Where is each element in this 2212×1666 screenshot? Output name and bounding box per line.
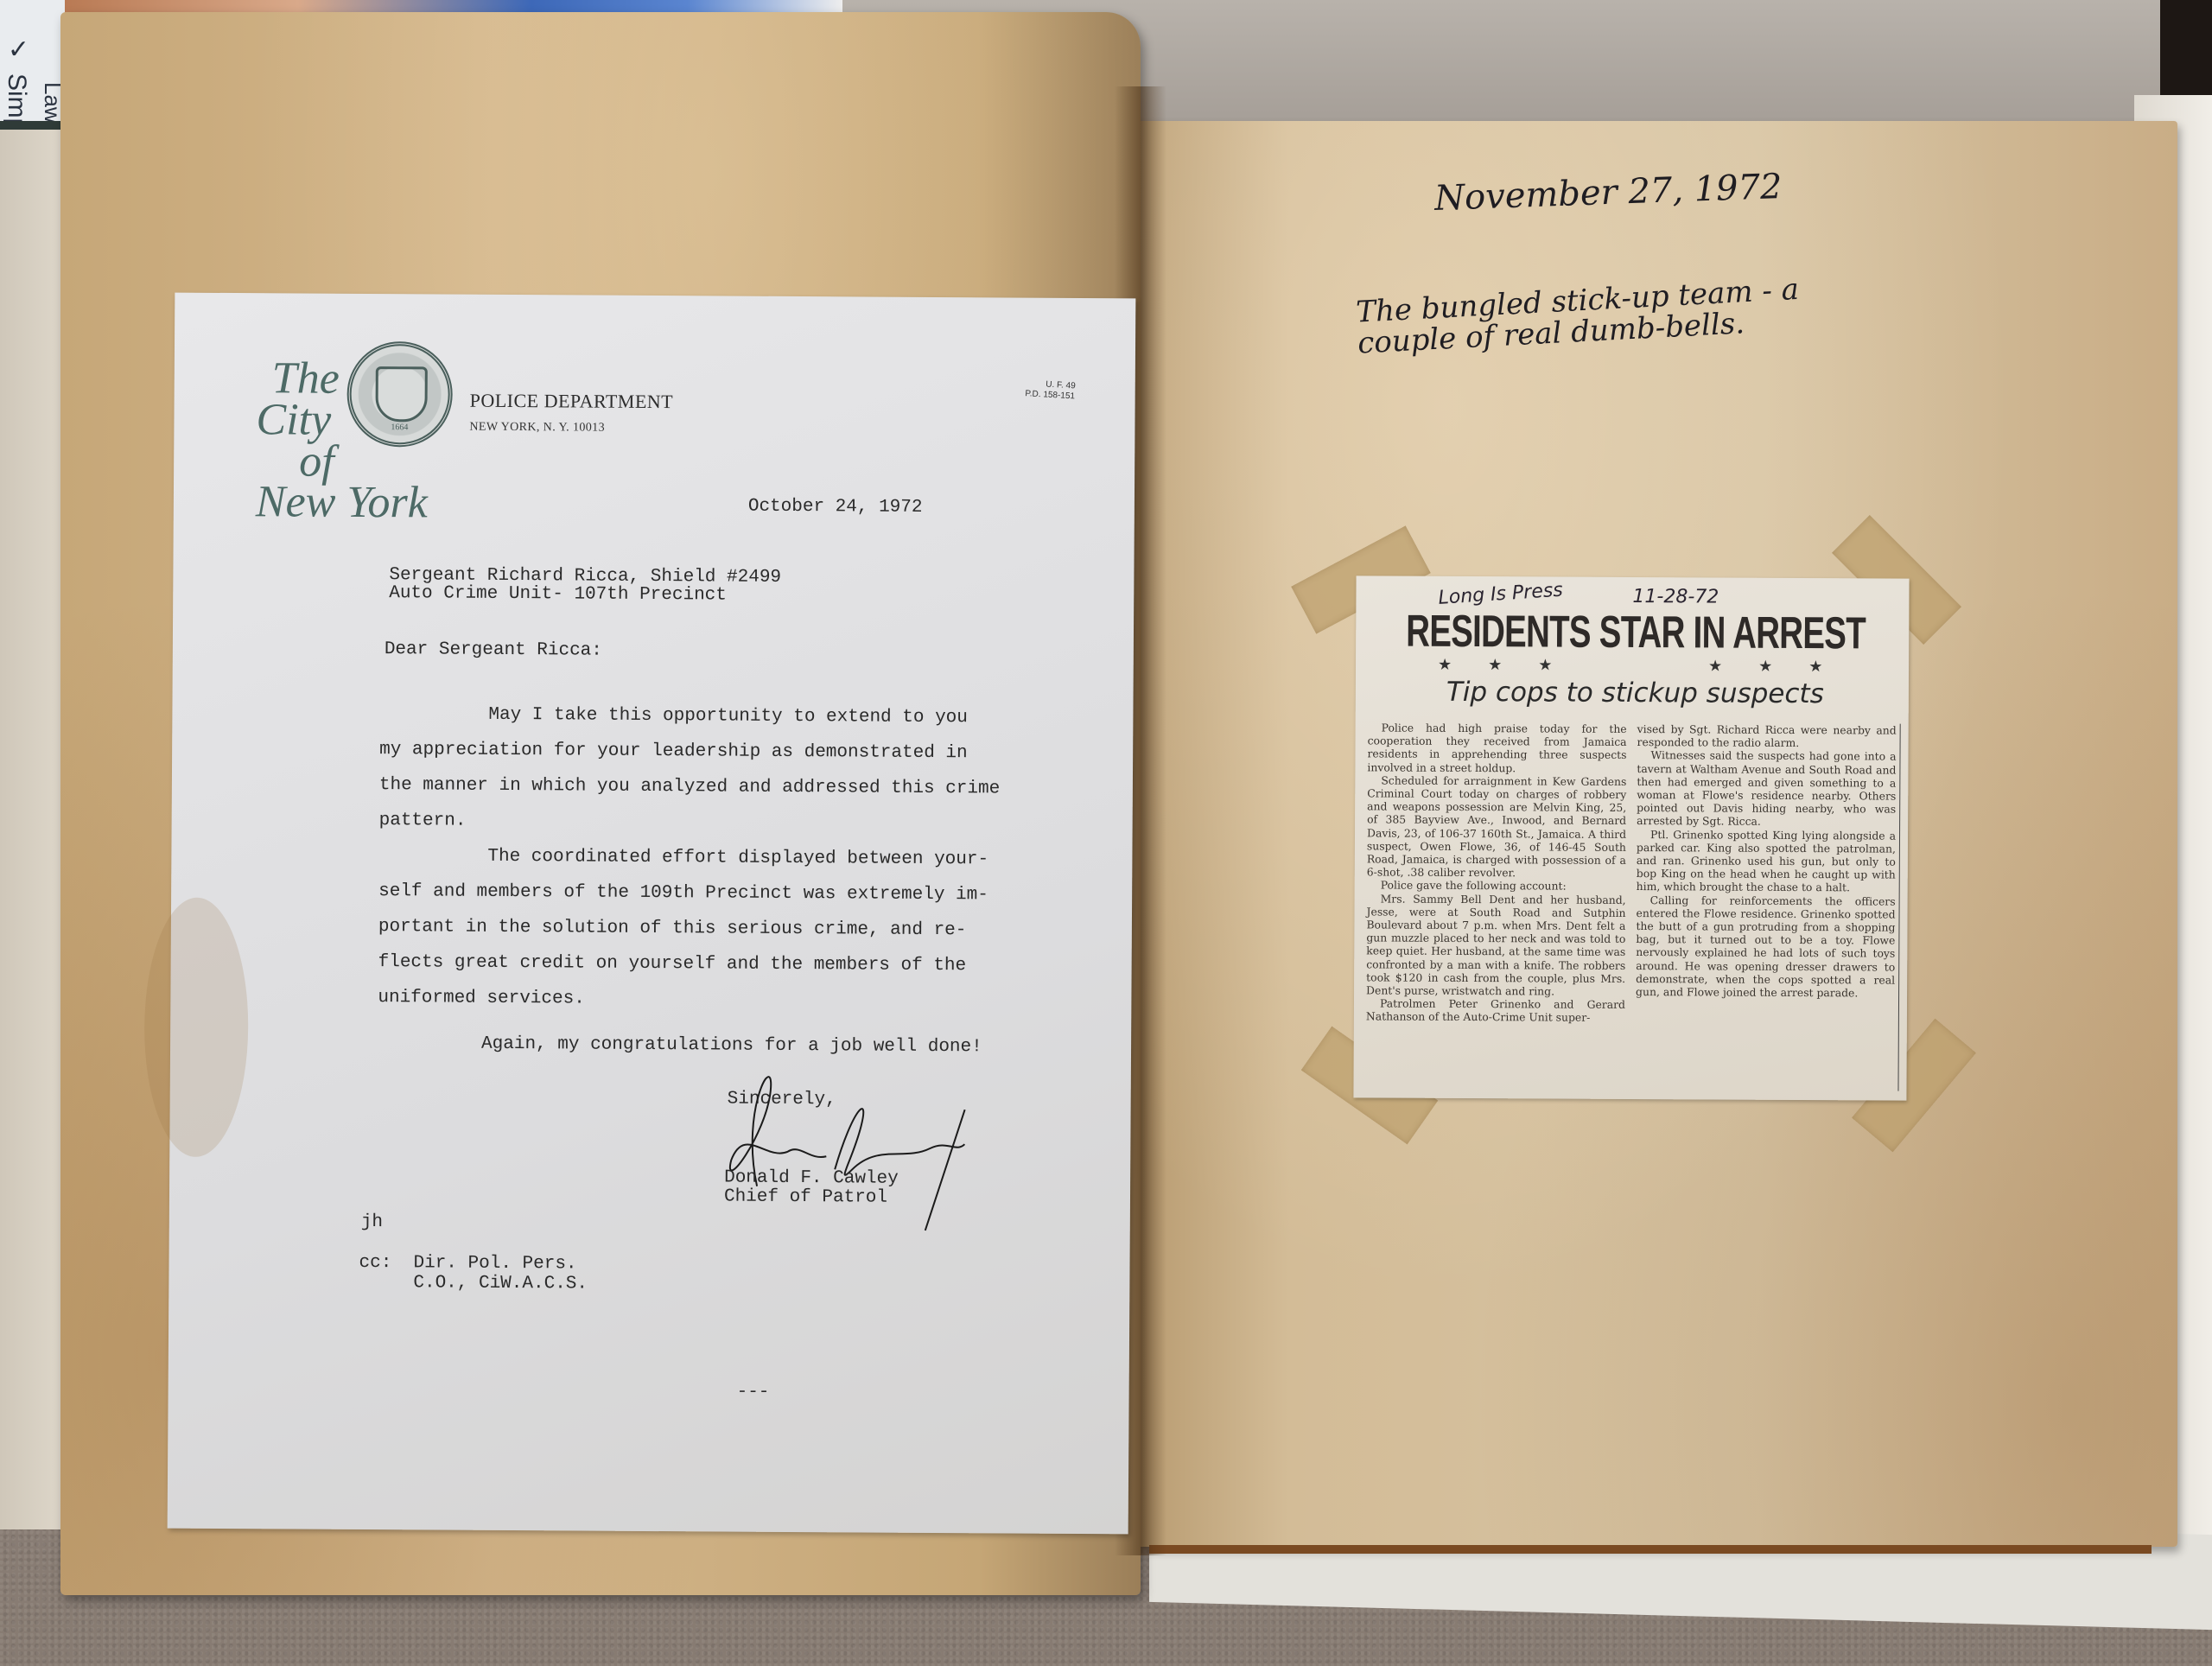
magazine: ✓ Simp Law bbox=[0, 0, 65, 130]
article-paragraph: Ptl. Grinenko spotted King lying alongsi… bbox=[1637, 828, 1896, 895]
article-paragraph: Police had high praise today for the coo… bbox=[1367, 721, 1626, 774]
typist-initials: jh bbox=[361, 1212, 383, 1232]
cloth bbox=[0, 130, 60, 1529]
article-paragraph: Witnesses said the suspects had gone int… bbox=[1637, 748, 1896, 829]
letter-paragraph-2: The coordinated effort displayed between… bbox=[378, 838, 1035, 1020]
letter-date: October 24, 1972 bbox=[748, 497, 923, 518]
article-column-left: Police had high praise today for the coo… bbox=[1366, 721, 1627, 1024]
form-number-line: P.D. 158-151 bbox=[1025, 389, 1075, 402]
clipping-headline: RESIDENTS STAR IN ARREST bbox=[1406, 606, 1866, 660]
article-column-right: vised by Sgt. Richard Ricca were nearby … bbox=[1635, 722, 1900, 1091]
signer-name: Donald F. Cawley bbox=[724, 1169, 899, 1189]
seal-shield bbox=[375, 366, 427, 422]
salutation: Dear Sergeant Ricca: bbox=[385, 639, 602, 661]
newspaper-clipping: Long Is Press 11-28-72 RESIDENTS STAR IN… bbox=[1353, 575, 1909, 1100]
star-divider-icon: ★★★ bbox=[1708, 657, 1859, 676]
article-paragraph: vised by Sgt. Richard Ricca were nearby … bbox=[1637, 722, 1897, 750]
signer-title: Chief of Patrol bbox=[724, 1188, 899, 1208]
department-name: POLICE DEPARTMENT bbox=[470, 390, 674, 413]
closing-line: Again, my congratulations for a job well… bbox=[481, 1034, 982, 1058]
logo-line-new-york: New York bbox=[256, 482, 428, 525]
nyc-seal-icon: 1664 bbox=[346, 341, 453, 448]
star-divider-icon: ★★★ bbox=[1438, 656, 1589, 675]
recipient-address: Sergeant Richard Ricca, Shield #2499 Aut… bbox=[389, 566, 781, 605]
signature-icon bbox=[705, 1056, 982, 1239]
magazine-icon: ✓ bbox=[3, 35, 34, 65]
police-letter: The City of New York 1664 POLICE DEPARTM… bbox=[168, 293, 1136, 1535]
article-paragraph: Calling for reinforcements the officers … bbox=[1636, 893, 1896, 1000]
water-stain bbox=[143, 897, 249, 1157]
album-page-edge bbox=[1149, 1545, 2152, 1554]
cc-list: cc: Dir. Pol. Pers. C.O., CiW.A.C.S. bbox=[359, 1253, 588, 1294]
clipping-date: 11-28-72 bbox=[1632, 586, 1719, 608]
article-paragraph: Police gave the following account: bbox=[1367, 879, 1626, 893]
clipping-source: Long Is Press bbox=[1438, 580, 1564, 609]
article-paragraph: Mrs. Sammy Bell Dent and her husband, Je… bbox=[1366, 892, 1626, 998]
department-address: NEW YORK, N. Y. 10013 bbox=[469, 421, 605, 436]
article-paragraph: Scheduled for arraignment in Kew Gardens… bbox=[1367, 773, 1627, 880]
recipient-line: Auto Crime Unit- 107th Precinct bbox=[389, 584, 781, 605]
signer-block: Donald F. Cawley Chief of Patrol bbox=[724, 1169, 899, 1208]
logo-line-of: of bbox=[256, 441, 428, 483]
article-paragraph: Patrolmen Peter Grinenko and Gerard Nath… bbox=[1366, 997, 1625, 1025]
letter-paragraph-1: May I take this opportunity to extend to… bbox=[379, 696, 1037, 843]
footer-mark: --- bbox=[737, 1383, 770, 1402]
clipping-subheadline: Tip cops to stickup suspects bbox=[1446, 677, 1824, 709]
form-number: U. F. 49 P.D. 158-151 bbox=[1025, 378, 1076, 402]
seal-year: 1664 bbox=[351, 423, 448, 433]
